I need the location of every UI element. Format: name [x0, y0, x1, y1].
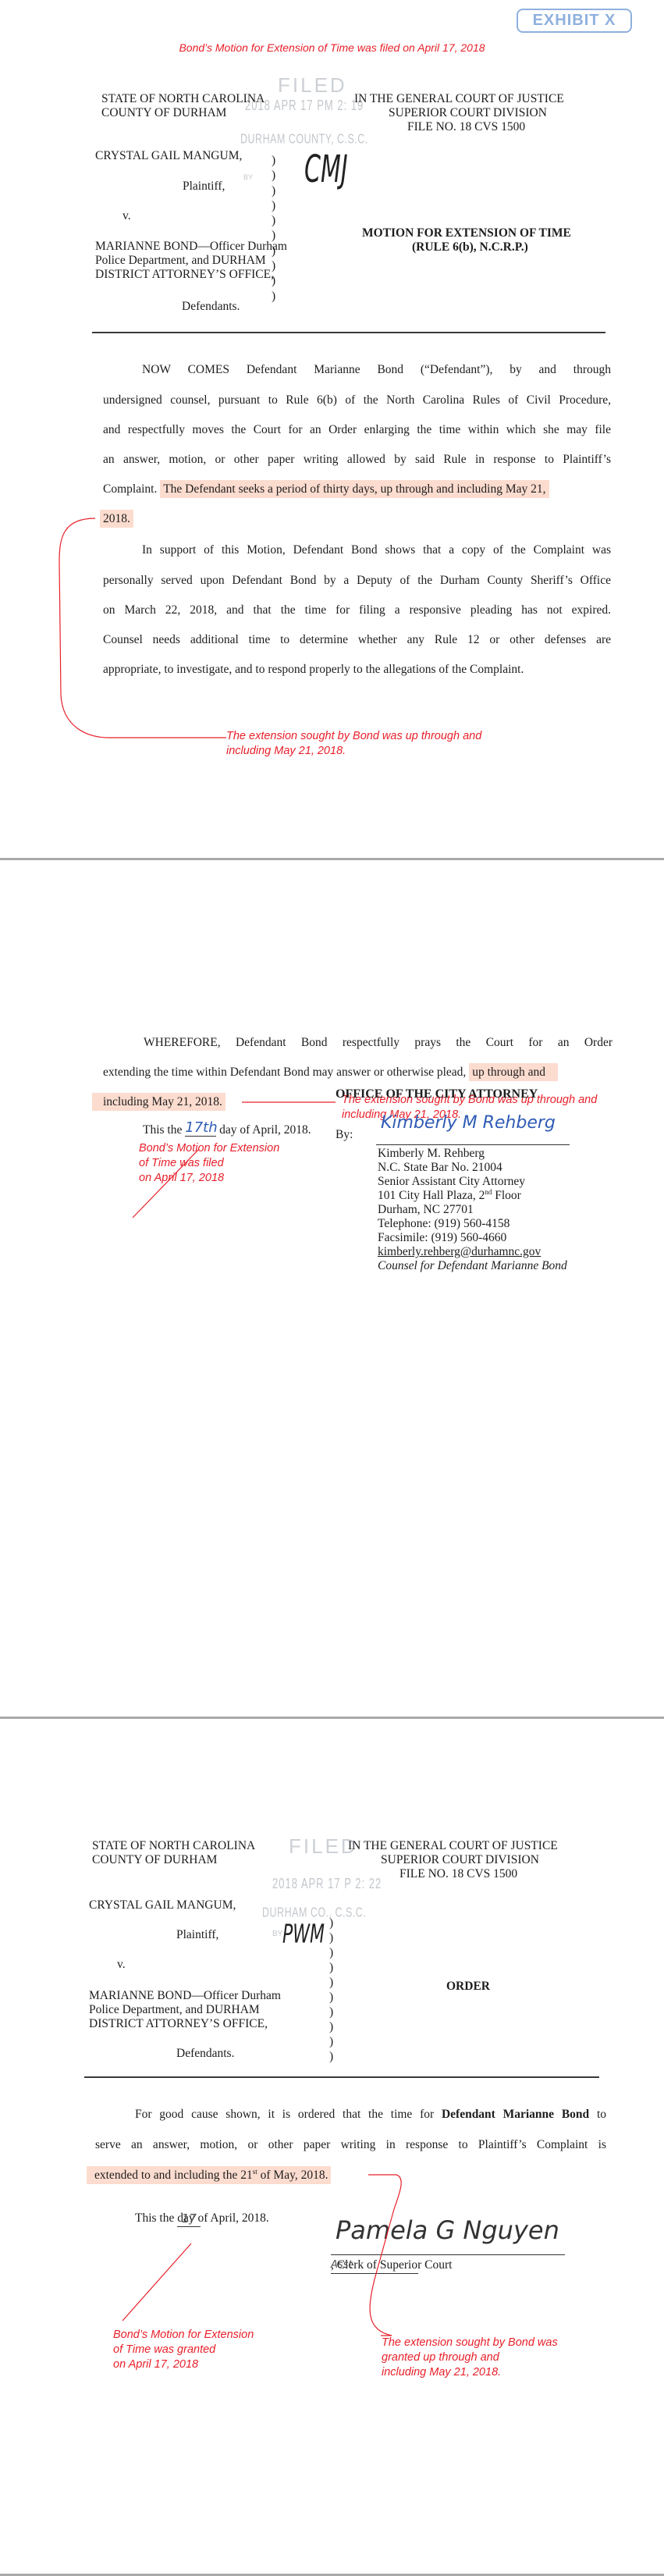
paragraph-1-line-6: 2018.: [100, 511, 133, 527]
exhibit-badge: EXHIBIT X: [517, 9, 632, 33]
plaintiff-label: Plaintiff,: [176, 1928, 218, 1942]
attorney-signature: Kimberly M Rehberg: [381, 1113, 556, 1133]
versus: v.: [123, 209, 131, 223]
bar-number: N.C. State Bar No. 21004: [378, 1161, 502, 1175]
date-prefix: This the: [135, 2211, 174, 2225]
caption-state: STATE OF NORTH CAROLINA: [101, 92, 265, 106]
motion-title-line-2: (RULE 6(b), N.C.R.P.): [412, 240, 528, 254]
paragraph-2-line-4: Counsel needs additional time to determi…: [103, 632, 611, 648]
filed-stamp: FILED: [278, 73, 347, 98]
caption-file-number: FILE NO. 18 CVS 1500: [399, 1867, 517, 1881]
handwritten-day: 17: [177, 2211, 201, 2227]
paragraph-1-line-5-prefix: Complaint.: [103, 482, 157, 496]
order-line-1-prefix: For good cause shown, it is ordered that…: [135, 2108, 434, 2121]
date-prefix: This the: [143, 1123, 182, 1137]
handwritten-day: 17th: [185, 1120, 216, 1137]
clerk-line: Asst, Clerk of Superior Court: [331, 2258, 452, 2273]
paragraph-1-line-2: undersigned counsel, pursuant to Rule 6(…: [103, 393, 611, 408]
parenthesis-column: ) ) ) ) ) ) ) ) ) ): [329, 1916, 333, 2064]
highlight-2018: 2018.: [100, 510, 133, 528]
address-line-1-text: 101 City Hall Plaza, 2: [378, 1189, 485, 1202]
wherefore-line-2: extending the time within Defendant Bond…: [103, 1065, 558, 1080]
clerk-initials: PWM: [282, 1920, 325, 1950]
versus: v.: [117, 1958, 126, 1972]
filed-stamp-county: DURHAM CO., C.S.C.: [262, 1905, 366, 1920]
clerk-signature: Pamela G Nguyen: [336, 2215, 559, 2245]
highlight-including-may-21: including May 21, 2018.: [92, 1093, 225, 1111]
annotation-extension-sought-2: including May 21, 2018.: [226, 744, 346, 759]
filed-stamp-datetime: 2018 APR 17 P 2: 22: [272, 1875, 382, 1891]
paragraph-2-line-2: personally served upon Defendant Bond by…: [103, 573, 611, 589]
paragraph-1-line-3: and respectfully moves the Court for an …: [103, 422, 611, 438]
address-line-1-suffix: Floor: [492, 1189, 520, 1202]
order-line-2: serve an answer, motion, or other paper …: [95, 2137, 606, 2153]
page-2: WHEREFORE, Defendant Bond respectfully p…: [0, 860, 664, 1717]
caption-county: COUNTY OF DURHAM: [92, 1853, 217, 1867]
order-date-line: This the 17 day of April, 2018.: [135, 2211, 269, 2226]
email-link[interactable]: kimberly.rehberg@durhamnc.gov: [378, 1245, 541, 1259]
caption-court: IN THE GENERAL COURT OF JUSTICE: [354, 92, 564, 106]
defendants-label: Defendants.: [182, 300, 240, 314]
defendant-line-2: Police Department, and DURHAM: [95, 254, 266, 268]
by-label: By:: [336, 1128, 353, 1142]
defendant-line-1: MARIANNE BOND—Officer Durham: [95, 240, 287, 254]
paragraph-2-line-1: In support of this Motion, Defendant Bon…: [142, 543, 611, 558]
signature-line: [376, 1144, 570, 1145]
clerk-initials: CMJ: [304, 148, 348, 192]
annotation-motion-filed-1: Bond’s Motion for Extension: [139, 1141, 279, 1156]
paragraph-2-line-5: appropriate, to investigate, and to resp…: [103, 662, 524, 678]
caption-court: IN THE GENERAL COURT OF JUSTICE: [348, 1839, 558, 1853]
caption-county: COUNTY OF DURHAM: [101, 106, 226, 120]
clerk-signature-line: [331, 2254, 565, 2255]
annotation-motion-granted-3: on April 17, 2018: [113, 2357, 198, 2372]
office-heading: OFFICE OF THE CITY ATTORNEY: [336, 1087, 538, 1101]
address-line-1: 101 City Hall Plaza, 2nd Floor: [378, 1189, 521, 1203]
caption-division: SUPERIOR COURT DIVISION: [389, 106, 547, 120]
page-3: FILED 2018 APR 17 P 2: 22 DURHAM CO., C.…: [0, 1719, 664, 2573]
plaintiff-name: CRYSTAL GAIL MANGUM,: [89, 1898, 236, 1912]
defendant-name-bold: Defendant Marianne Bond: [442, 2108, 589, 2121]
annotation-motion-granted-1: Bond’s Motion for Extension: [113, 2328, 254, 2343]
address-line-2: Durham, NC 27701: [378, 1203, 474, 1217]
facsimile: Facsimile: (919) 560-4660: [378, 1231, 506, 1245]
annotation-filed-date: Bond’s Motion for Extension of Time was …: [0, 41, 664, 55]
annotation-extension-granted-1: The extension sought by Bond was: [382, 2336, 558, 2350]
paragraph-1-line-1: NOW COMES Defendant Marianne Bond (“Defe…: [142, 362, 611, 378]
motion-title-line-1: MOTION FOR EXTENSION OF TIME: [362, 226, 571, 240]
defendant-line-3: DISTRICT ATTORNEY’S OFFICE,: [95, 268, 274, 282]
plaintiff-label: Plaintiff,: [183, 180, 225, 194]
annotation-motion-granted-2: of Time was granted: [113, 2343, 215, 2357]
filed-stamp-county: DURHAM COUNTY, C.S.C.: [240, 131, 368, 147]
filed-stamp-by: BY: [272, 1930, 282, 1938]
annotation-extension-granted-3: including May 21, 2018.: [382, 2365, 501, 2380]
order-title: ORDER: [446, 1980, 490, 1994]
filed-stamp-by: BY: [243, 173, 253, 181]
annotation-extension-sought-1: The extension sought by Bond was up thro…: [226, 729, 481, 744]
highlight-extended-may-21: extended to and including the 21st of Ma…: [87, 2166, 331, 2184]
paragraph-2-line-3: on March 22, 2018, and that the time for…: [103, 603, 611, 618]
wherefore-line-1: WHEREFORE, Defendant Bond respectfully p…: [144, 1035, 613, 1051]
highlight-thirty-days: The Defendant seeks a period of thirty d…: [160, 480, 549, 498]
order-line-3: extended to and including the 21st of Ma…: [87, 2168, 331, 2183]
address-floor-sup: nd: [485, 1188, 492, 1196]
annotation-extension-granted-2: granted up through and: [382, 2350, 499, 2365]
caption-state: STATE OF NORTH CAROLINA: [92, 1839, 255, 1853]
annotation-motion-filed-2: of Time was filed: [139, 1156, 224, 1171]
counsel-for: Counsel for Defendant Marianne Bond: [378, 1259, 567, 1273]
order-line-1-suffix: to: [597, 2108, 606, 2121]
clerk-prefix-handwritten: Asst: [331, 2258, 418, 2274]
annotation-motion-filed-3: on April 17, 2018: [139, 1171, 224, 1186]
defendants-label: Defendants.: [176, 2047, 234, 2061]
order-line-3-suffix: of May, 2018.: [257, 2169, 328, 2182]
defendant-line-2: Police Department, and DURHAM: [89, 2003, 260, 2017]
caption-divider: [92, 332, 605, 333]
order-line-3-text: extended to and including the 21: [94, 2169, 253, 2182]
date-suffix: day of April, 2018.: [219, 1123, 311, 1137]
wherefore-line-3: including May 21, 2018.: [92, 1094, 225, 1110]
parenthesis-column: ) ) ) ) ) ) ) ) ) ): [272, 153, 275, 304]
page-1: EXHIBIT X Bond’s Motion for Extension of…: [0, 0, 664, 859]
paragraph-1-line-4: an answer, motion, or other paper writin…: [103, 452, 611, 468]
caption-division: SUPERIOR COURT DIVISION: [381, 1853, 539, 1867]
telephone: Telephone: (919) 560-4158: [378, 1217, 510, 1231]
attorney-title: Senior Assistant City Attorney: [378, 1175, 525, 1189]
defendant-line-3: DISTRICT ATTORNEY’S OFFICE,: [89, 2017, 268, 2031]
attorney-name: Kimberly M. Rehberg: [378, 1147, 485, 1161]
highlight-up-through: up through and: [469, 1063, 558, 1081]
date-line: This the 17th day of April, 2018.: [143, 1122, 311, 1138]
wherefore-line-2-prefix: extending the time within Defendant Bond…: [103, 1066, 466, 1079]
order-line-1: For good cause shown, it is ordered that…: [135, 2107, 606, 2122]
paragraph-1-line-5: Complaint. The Defendant seeks a period …: [103, 482, 549, 497]
caption-file-number: FILE NO. 18 CVS 1500: [407, 120, 525, 134]
caption-divider: [84, 2076, 599, 2078]
defendant-line-1: MARIANNE BOND—Officer Durham: [89, 1989, 281, 2003]
plaintiff-name: CRYSTAL GAIL MANGUM,: [95, 149, 242, 163]
